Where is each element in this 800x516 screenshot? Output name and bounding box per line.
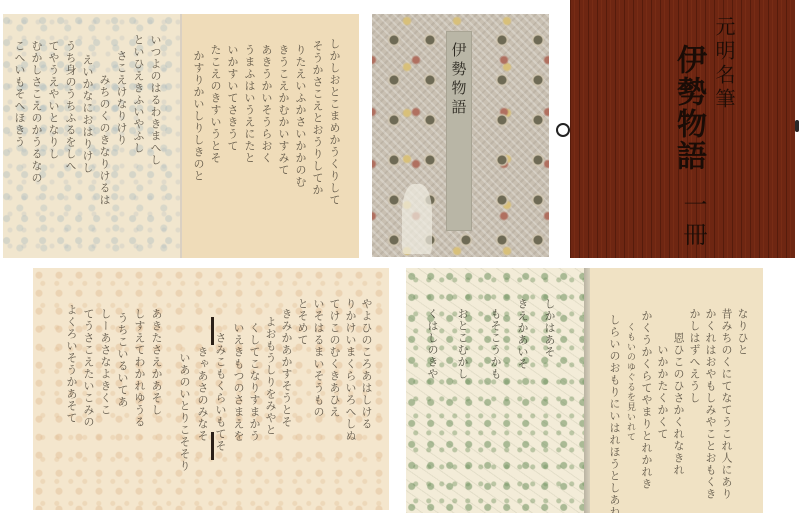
bottom-left-spread: やよひのころあはしける りかけいまくらいろへしぬ てけこのむくきあひえ いそはる… <box>33 268 389 510</box>
bottom-right-spread-right-page: なりひと 昔みちのくにてなてうこれ人にあり かくれはおやもしみやことおもくき か… <box>590 268 763 513</box>
box-clasp-ring <box>556 123 570 137</box>
text-column: なりひと <box>735 308 749 356</box>
box-inscription-title: 伊勢物語 <box>666 44 710 172</box>
text-column: きみかあかすそうとそ <box>279 308 293 428</box>
wooden-box-lid: 元明名筆 伊勢物語 一冊 <box>570 0 795 258</box>
bottom-right-spread: しかはあそ きえかあいそ もそこうかも おとこむかし くはしのきや なりひと 昔… <box>406 268 763 513</box>
text-column: おとこむかし <box>455 308 469 380</box>
text-column: 恩ひこのひさかくれなきれ <box>671 332 685 476</box>
text-column: てやうえやいとなりし <box>46 40 60 160</box>
bottom-right-spread-left-page: しかはあそ きえかあいそ もそこうかも おとこむかし くはしのきや <box>406 268 584 513</box>
text-column: といひえきふいやふし <box>131 34 145 154</box>
text-column: たこえのきすいうとそ <box>208 44 222 164</box>
text-column: りたえいふかさいかかのむ <box>293 44 307 188</box>
text-column: くもいのゆぐるを見いれて <box>623 322 637 442</box>
text-column: そうかさこえとおうりしてか <box>310 40 324 196</box>
text-column: りかけいまくらいろへしぬ <box>343 298 357 442</box>
cover-title-slip: 伊勢物語 <box>446 31 472 231</box>
text-column: しかしおとこまめかうくりして <box>327 38 341 206</box>
text-column: さみこもくらいもてそ <box>213 332 227 452</box>
text-column: いかすいてさきうて <box>225 44 239 152</box>
box-fastener <box>795 120 799 132</box>
text-column: もそこうかも <box>488 308 502 380</box>
top-left-spread: いつよのはるわきまへし といひえきふいやふし さこえけなりけり みちのくのきなり… <box>3 14 359 258</box>
text-column: てうさこえたいこみの <box>81 308 95 428</box>
text-column: あきたさえかあそし <box>149 308 163 416</box>
text-column: しすえてわかれゆうる <box>132 308 146 428</box>
text-column: あきうかいそうらおく <box>259 44 273 164</box>
text-column: えいかなにおはりけし <box>80 54 94 174</box>
text-column: かくれはおやもしみやことおもくき <box>703 308 717 500</box>
text-column: きえかあいそ <box>515 298 529 370</box>
text-column: きうこえかむかいすみて <box>276 44 290 176</box>
top-left-spread-right-page: しかしおとこまめかうくりして そうかさこえとおうりしてか りたえいふかさいかかの… <box>182 14 359 258</box>
top-left-spread-left-page: いつよのはるわきまへし といひえきふいやふし さこえけなりけり みちのくのきなり… <box>3 14 180 258</box>
box-inscription-small: 元明名筆 <box>710 16 739 112</box>
text-column: かすりかいしりしきのと <box>191 50 205 182</box>
book-cover: 伊勢物語 <box>372 14 549 257</box>
text-column: いあのいとりこそそり <box>177 352 191 472</box>
text-column: みちのくのきなりけるは <box>97 74 111 206</box>
text-column: 昔みちのくにてなてうこれ人にあり <box>719 308 733 500</box>
text-column: いえきもつのさまえを <box>231 322 245 442</box>
text-column: むかしさこえのかうるなの <box>29 40 43 184</box>
text-column: こへいもそへほきう <box>12 40 26 148</box>
text-column: しかはあそ <box>542 298 556 358</box>
text-column: いかかたくかくて <box>655 344 669 440</box>
text-column: しーあさなよきくこ <box>98 308 112 416</box>
text-column: やよひのころあはしける <box>359 298 373 430</box>
text-column: よおもうしりをみやと <box>263 316 277 436</box>
text-column: うち身のうちふるをしへ <box>63 40 77 172</box>
text-column: しらいのおもりにいはれほうとしあね <box>607 314 621 513</box>
cover-title: 伊勢物語 <box>449 42 470 230</box>
text-column: かしはずへえうし <box>687 308 701 404</box>
text-column: とそめて <box>295 298 309 346</box>
text-column: かくうかくらてやまりとれかれき <box>639 310 653 490</box>
pine-tree-motif <box>402 184 432 254</box>
text-column: てけこのむくきあひえ <box>327 298 341 418</box>
text-column: いつよのはるわきまへし <box>148 34 162 166</box>
text-column: くしてこなりすまかう <box>247 322 261 442</box>
text-column: きゃあさのみなそ <box>195 346 209 442</box>
box-inscription-count: 一冊 <box>676 192 711 252</box>
text-column: さこえけなりけり <box>114 50 128 146</box>
text-column: いそはるまいそうもの <box>311 298 325 418</box>
text-column: くはしのきや <box>425 308 439 380</box>
text-column: うちこいるいてあ <box>115 312 129 408</box>
text-column: よくろいそうかあそて <box>64 304 78 424</box>
text-column: うまふはいうえにたと <box>242 44 256 164</box>
